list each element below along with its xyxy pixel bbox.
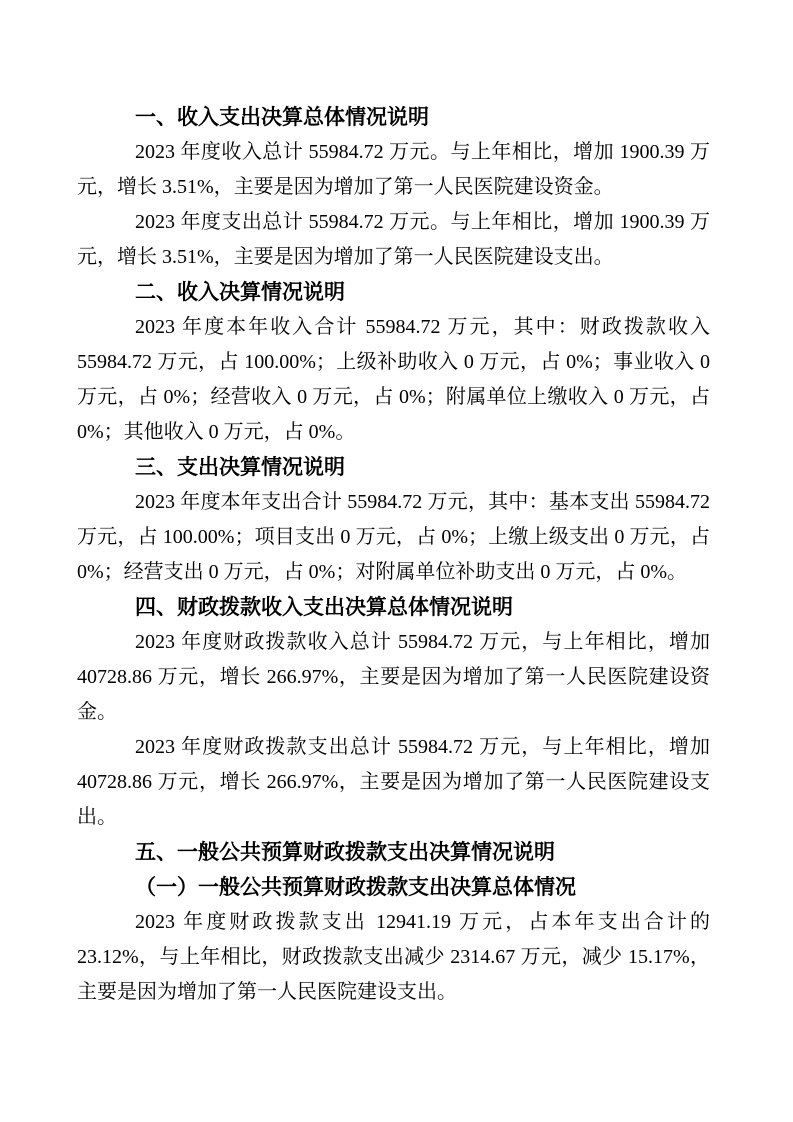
section-general-public-budget-expenditure: 五、一般公共预算财政拨款支出决算情况说明 （一）一般公共预算财政拨款支出决算总体… [77, 835, 710, 1010]
section-2-paragraph-1: 2023 年度本年收入合计 55984.72 万元，其中：财政拨款收入 5598… [77, 310, 710, 450]
section-2-heading: 二、收入决算情况说明 [77, 275, 710, 310]
section-expenditure-accounts: 三、支出决算情况说明 2023 年度本年支出合计 55984.72 万元，其中：… [77, 450, 710, 590]
section-5-heading: 五、一般公共预算财政拨款支出决算情况说明 [77, 835, 710, 870]
section-3-paragraph-1: 2023 年度本年支出合计 55984.72 万元，其中：基本支出 55984.… [77, 485, 710, 590]
document-page: 一、收入支出决算总体情况说明 2023 年度收入总计 55984.72 万元。与… [0, 0, 793, 1122]
section-3-heading: 三、支出决算情况说明 [77, 450, 710, 485]
document-body: 一、收入支出决算总体情况说明 2023 年度收入总计 55984.72 万元。与… [77, 100, 710, 1010]
section-5-paragraph-1: 2023 年度财政拨款支出 12941.19 万元，占本年支出合计的 23.12… [77, 905, 710, 1010]
section-income-expenditure-overview: 一、收入支出决算总体情况说明 2023 年度收入总计 55984.72 万元。与… [77, 100, 710, 275]
section-1-paragraph-1: 2023 年度收入总计 55984.72 万元。与上年相比，增加 1900.39… [77, 135, 710, 205]
section-1-heading: 一、收入支出决算总体情况说明 [77, 100, 710, 135]
section-income-accounts: 二、收入决算情况说明 2023 年度本年收入合计 55984.72 万元，其中：… [77, 275, 710, 450]
section-4-paragraph-1: 2023 年度财政拨款收入总计 55984.72 万元，与上年相比，增加 407… [77, 625, 710, 730]
section-4-paragraph-2: 2023 年度财政拨款支出总计 55984.72 万元，与上年相比，增加 407… [77, 730, 710, 835]
section-fiscal-appropriation-overview: 四、财政拨款收入支出决算总体情况说明 2023 年度财政拨款收入总计 55984… [77, 590, 710, 835]
section-4-heading: 四、财政拨款收入支出决算总体情况说明 [77, 590, 710, 625]
section-1-paragraph-2: 2023 年度支出总计 55984.72 万元。与上年相比，增加 1900.39… [77, 205, 710, 275]
section-5-subheading: （一）一般公共预算财政拨款支出决算总体情况 [77, 870, 710, 905]
